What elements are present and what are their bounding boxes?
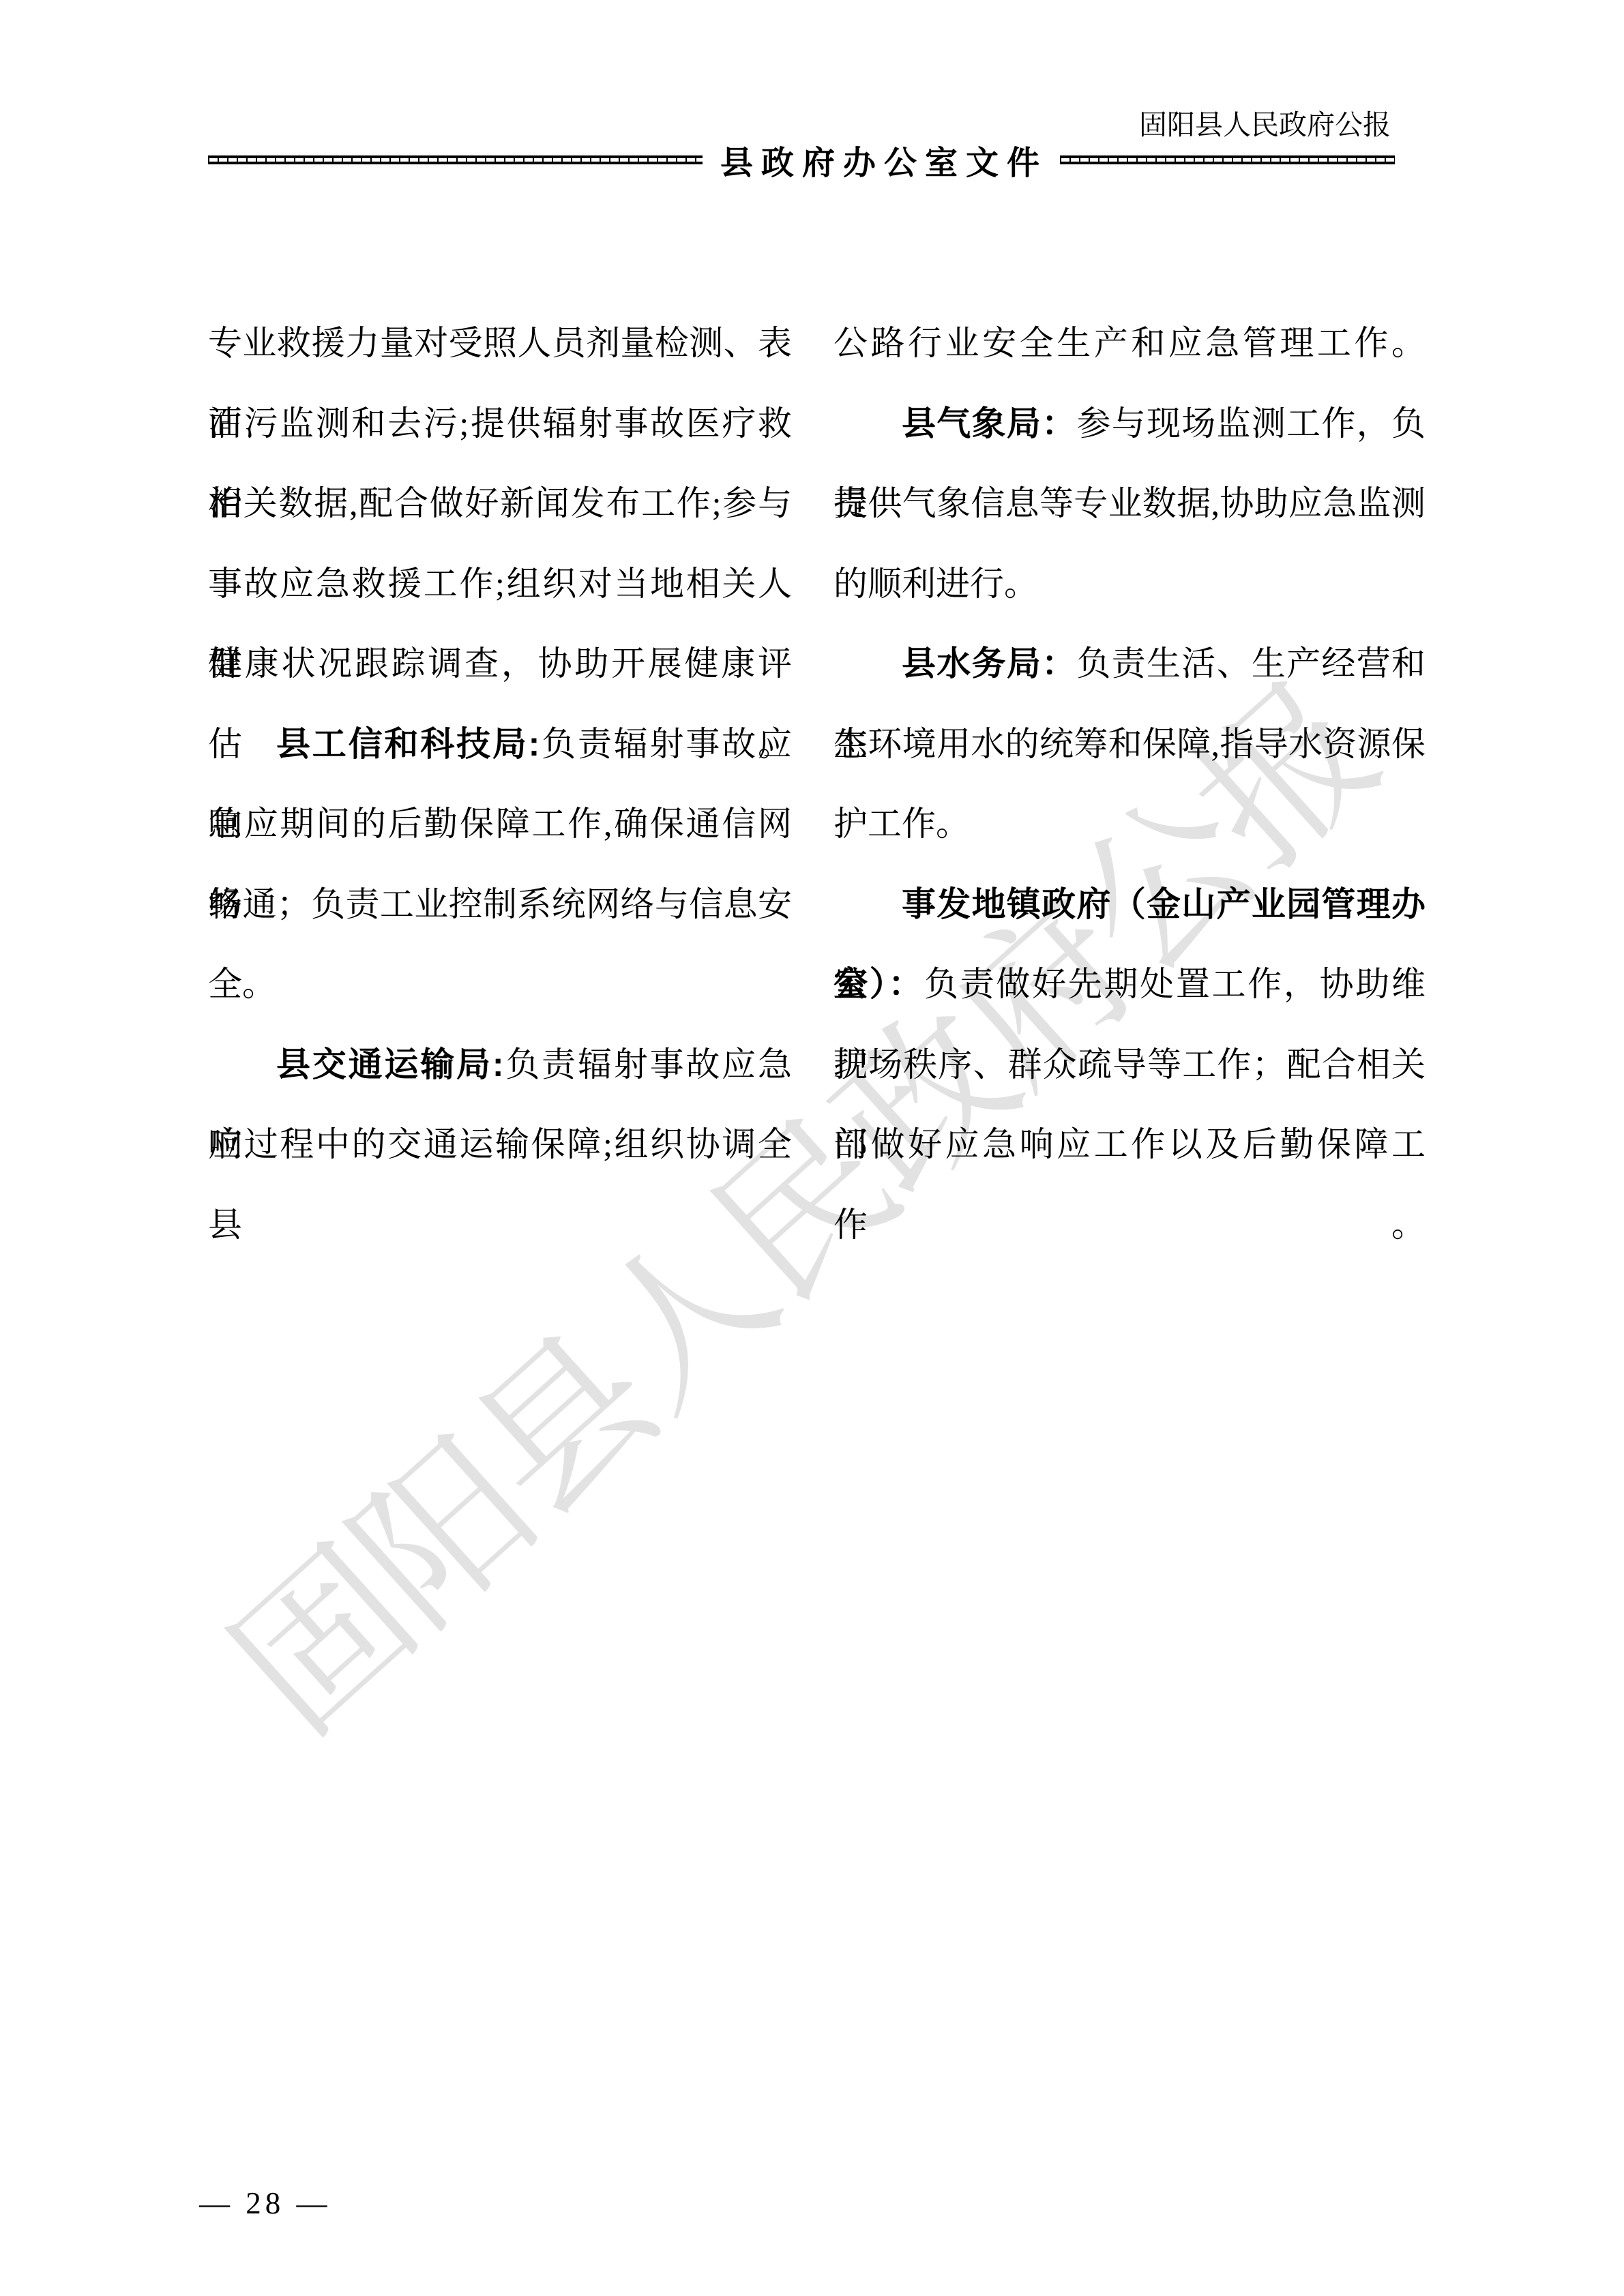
text-line: 提供气象信息等专业数据,协助应急监测 [833,464,1426,544]
text-line: 县工信和科技局:负责辐射事故应急 [208,704,792,785]
text-line: 健康状况跟踪调查，协助开展健康评估。 [208,624,792,704]
text-segment: 提供气象信息等专业数据,协助应急监测 [833,484,1426,522]
text-line: 护工作。 [833,784,1426,865]
document-page: 固阳县人民政府公报 固阳县人民政府公报 县政府办公室文件 专业救援力量对受照人员… [0,0,1624,2296]
text-line: 县气象局：参与现场监测工作，负责 [833,384,1426,464]
text-line: 相关数据,配合做好新闻发布工作;参与 [208,464,792,544]
right-column: 公路行业安全生产和应急管理工作。县气象局：参与现场监测工作，负责提供气象信息等专… [833,303,1426,1185]
band-title: 县政府办公室文件 [703,136,1060,183]
text-line: 全。 [208,944,792,1025]
text-line: 县交通运输局:负责辐射事故应急响 [208,1025,792,1105]
text-line: 畅通；负责工业控制系统网络与信息安 [208,865,792,945]
text-segment: 态环境用水的统筹和保障,指导水资源保 [833,725,1426,763]
text-line: 室）：负责做好先期处置工作，协助维护 [833,944,1426,1025]
text-line: 的顺利进行。 [833,544,1426,625]
text-segment: 畅通；负责工业控制系统网络与信息安 [208,885,792,923]
left-column: 专业救援力量对受照人员剂量检测、表面沾污监测和去污;提供辐射事故医疗救治相关数据… [208,303,792,1185]
org-name: 县交通运输局: [276,1045,504,1084]
text-line: 应过程中的交通运输保障;组织协调全县 [208,1105,792,1185]
text-line: 现场秩序、群众疏导等工作；配合相关部 [833,1025,1426,1105]
page-number: — 28 — [199,2186,331,2221]
text-line: 态环境用水的统筹和保障,指导水资源保 [833,704,1426,785]
text-segment: 护工作。 [833,805,970,843]
text-line: 沾污监测和去污;提供辐射事故医疗救治 [208,384,792,464]
double-rule-right [1060,155,1395,164]
text-line: 专业救援力量对受照人员剂量检测、表面 [208,303,792,384]
text-line: 门做好应急响应工作以及后勤保障工作。 [833,1105,1426,1185]
header-band: 县政府办公室文件 [208,135,1395,184]
text-segment: 门做好应急响应工作以及后勤保障工作。 [833,1125,1426,1244]
text-line: 事发地镇政府（金山产业园管理办公 [833,865,1426,945]
text-segment: 的顺利进行。 [833,565,1038,603]
org-name: 县气象局： [902,404,1076,443]
org-name: 县工信和科技局: [276,725,540,763]
org-name: 县水务局： [902,644,1076,683]
text-line: 事故应急救援工作;组织对当地相关人群 [208,544,792,625]
text-segment: 全。 [208,965,276,1003]
text-line: 响应期间的后勤保障工作,确保通信网络 [208,784,792,865]
text-segment: 公路行业安全生产和应急管理工作。 [833,324,1426,362]
text-line: 公路行业安全生产和应急管理工作。 [833,303,1426,384]
org-name: 室）： [833,965,924,1003]
text-segment: 相关数据,配合做好新闻发布工作;参与 [208,484,792,522]
text-line: 县水务局：负责生活、生产经营和生 [833,624,1426,704]
double-rule-left [208,155,703,164]
